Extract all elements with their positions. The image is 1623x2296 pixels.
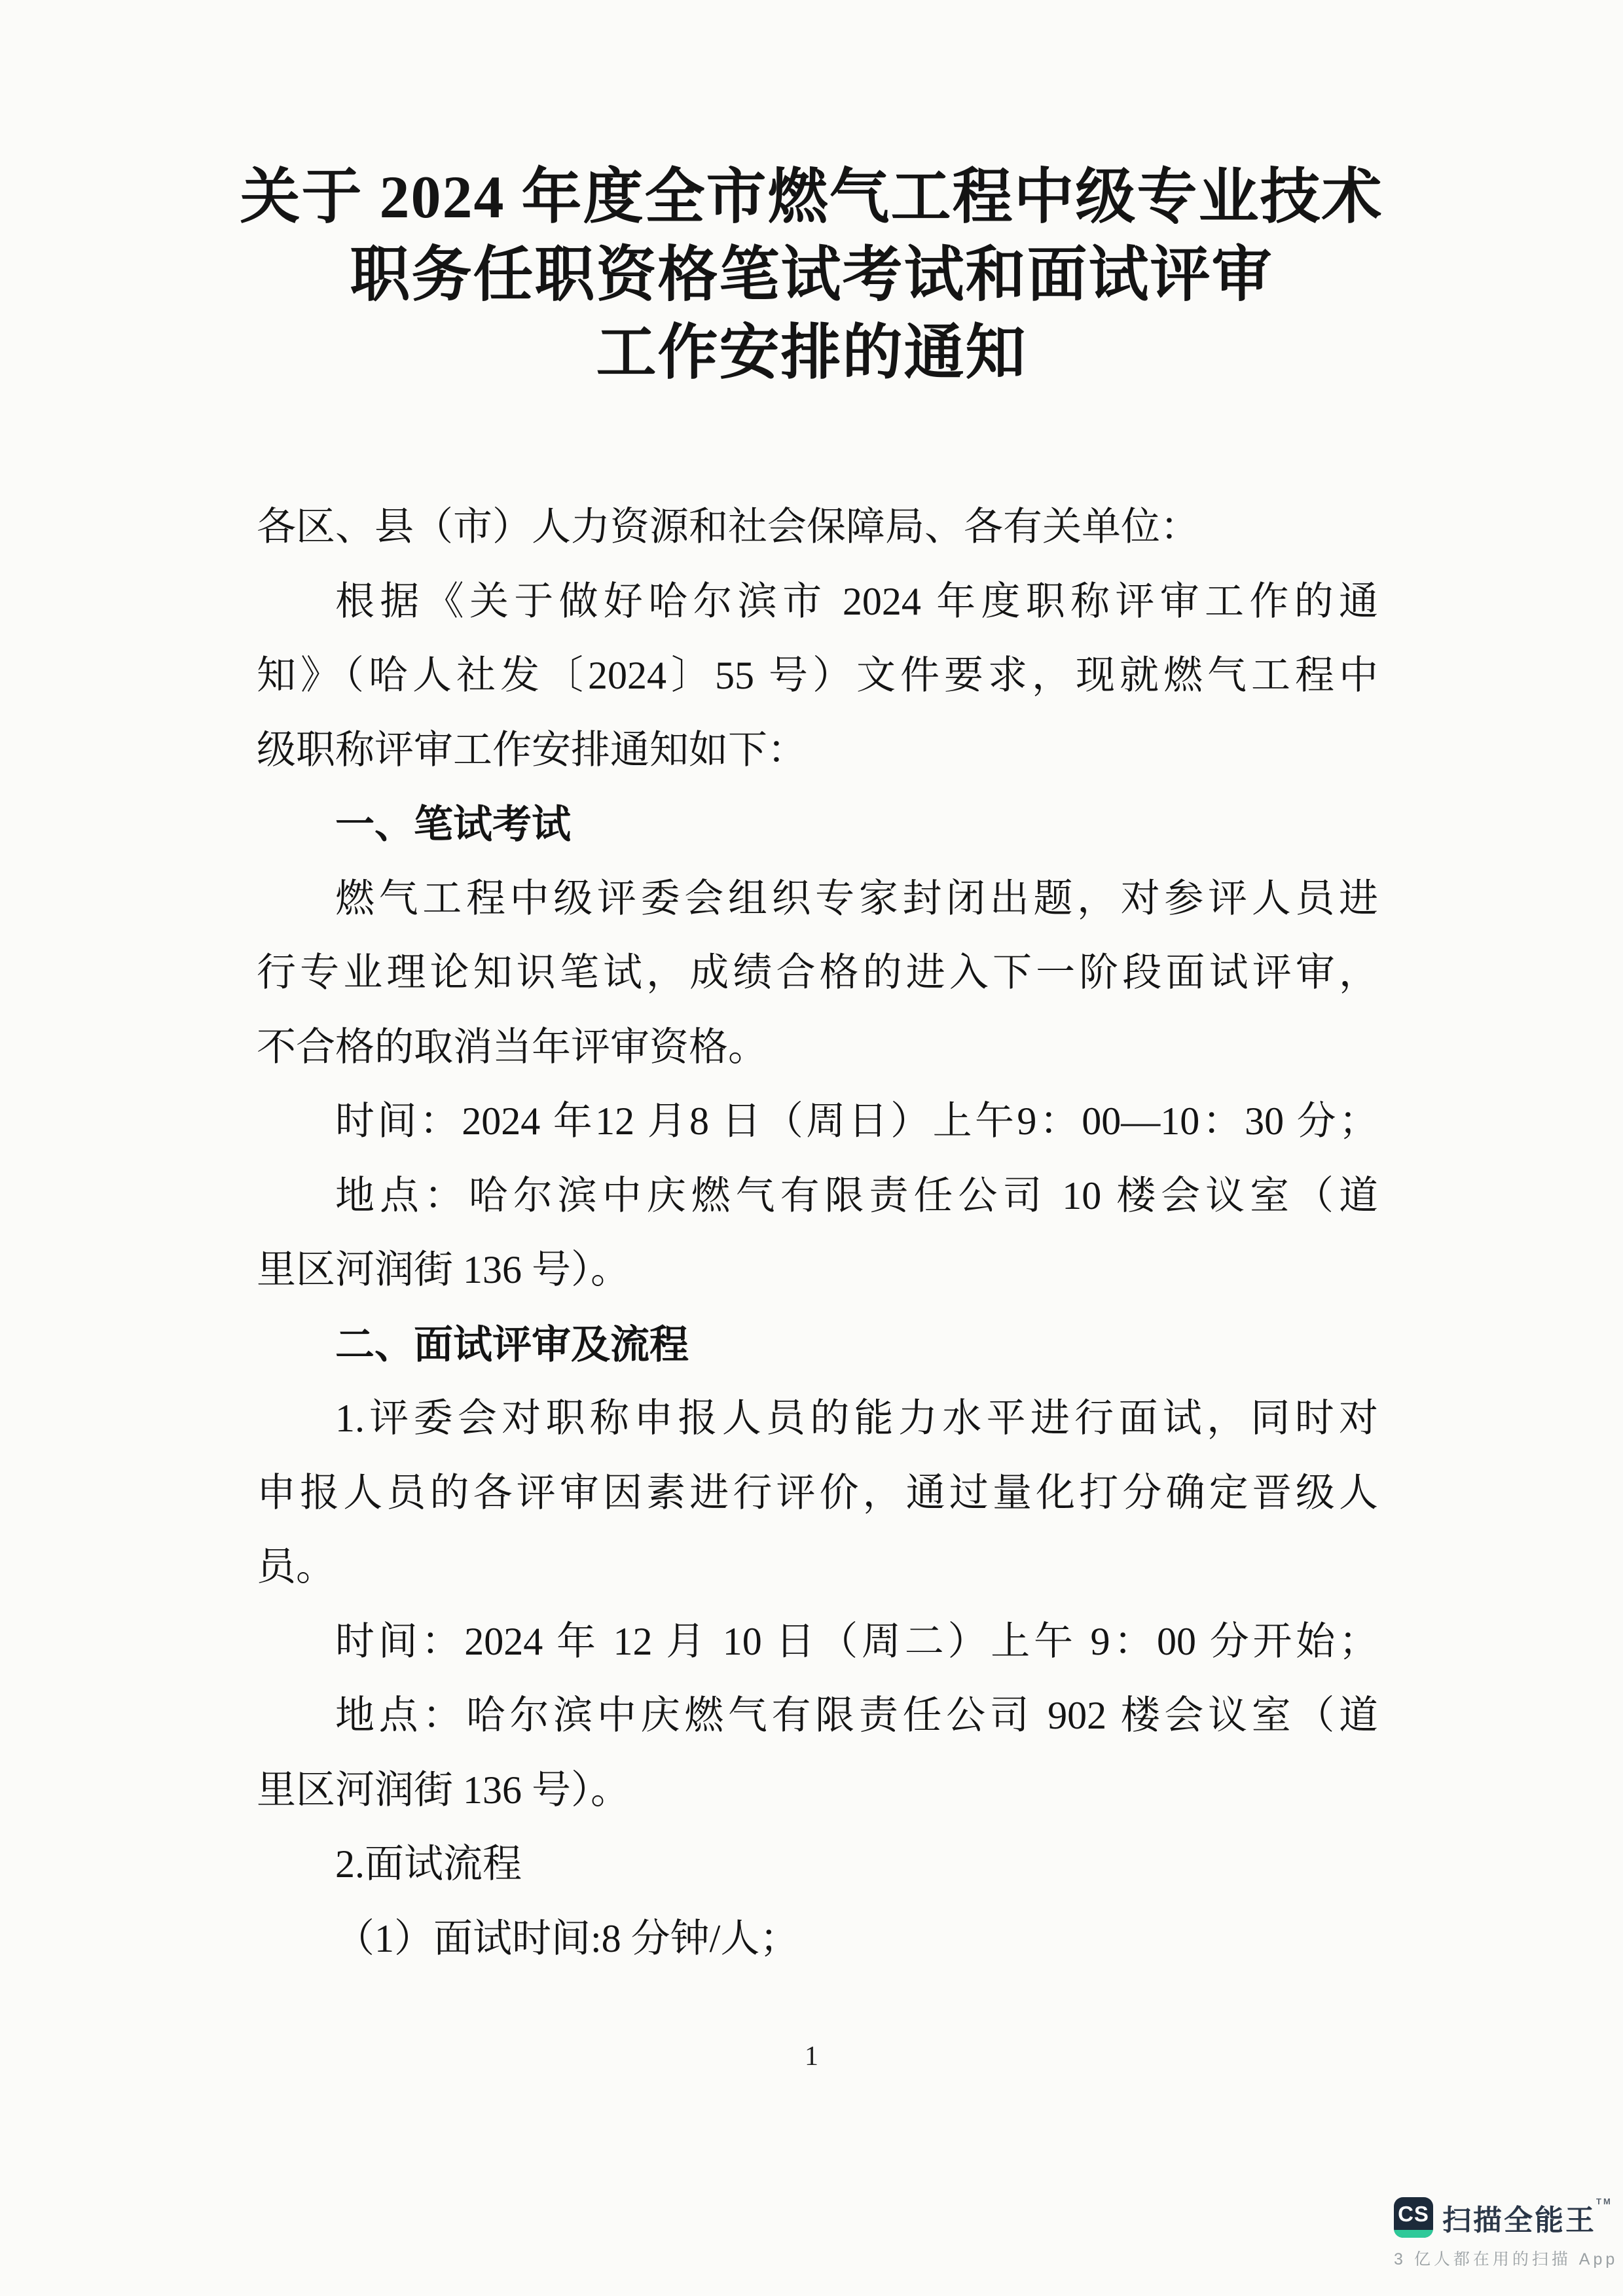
- body-line: 里区河润街 136 号）。: [257, 1753, 1378, 1828]
- section-heading-1: 一、笔试考试: [257, 787, 1378, 862]
- watermark-tagline: 3 亿人都在用的扫描 App: [1394, 2246, 1590, 2270]
- body-line: 不合格的取消当年评审资格。: [257, 1011, 1378, 1085]
- body-line: 知》（哈人社发〔2024〕55 号）文件要求，现就燃气工程中: [257, 639, 1378, 713]
- title-line-1: 关于 2024 年度全市燃气工程中级专业技术: [0, 158, 1623, 236]
- camscanner-logo-icon: CS: [1394, 2197, 1433, 2238]
- logo-green-strip: [1394, 2230, 1433, 2238]
- body-line: 1.评委会对职称申报人员的能力水平进行面试，同时对: [257, 1382, 1378, 1456]
- scanned-document-page: 关于 2024 年度全市燃气工程中级专业技术 职务任职资格笔试考试和面试评审 工…: [0, 0, 1623, 2296]
- exam-location-line: 地点：哈尔滨中庆燃气有限责任公司 10 楼会议室（道: [257, 1159, 1378, 1234]
- camscanner-watermark: CS 扫描全能王TM 3 亿人都在用的扫描 App: [1394, 2197, 1590, 2270]
- body-line: 级职称评审工作安排通知如下：: [257, 713, 1378, 788]
- watermark-brand-name: 扫描全能王TM: [1442, 2197, 1613, 2238]
- salutation-line: 各区、县（市）人力资源和社会保障局、各有关单位：: [257, 490, 1378, 565]
- watermark-logo-row: CS 扫描全能王TM: [1394, 2197, 1590, 2238]
- document-body: 各区、县（市）人力资源和社会保障局、各有关单位： 根据《关于做好哈尔滨市 202…: [0, 490, 1623, 1976]
- body-line: （1）面试时间:8 分钟/人；: [257, 1902, 1378, 1977]
- brand-text: 扫描全能王: [1442, 2204, 1596, 2236]
- document-title: 关于 2024 年度全市燃气工程中级专业技术 职务任职资格笔试考试和面试评审 工…: [0, 0, 1623, 392]
- body-line: 行专业理论知识笔试，成绩合格的进入下一阶段面试评审，: [257, 936, 1378, 1011]
- exam-time-line: 时间：2024 年12 月8 日（周日）上午9：00—10：30 分；: [257, 1085, 1378, 1159]
- body-line: 员。: [257, 1530, 1378, 1605]
- title-line-2: 职务任职资格笔试考试和面试评审: [0, 236, 1623, 314]
- body-line: 申报人员的各评审因素进行评价，通过量化打分确定晋级人: [257, 1456, 1378, 1531]
- interview-location-line: 地点：哈尔滨中庆燃气有限责任公司 902 楼会议室（道: [257, 1679, 1378, 1753]
- trademark-mark: TM: [1596, 2197, 1613, 2206]
- subsection-heading: 2.面试流程: [257, 1827, 1378, 1902]
- interview-time-line: 时间：2024 年 12 月 10 日（周二）上午 9：00 分开始；: [257, 1605, 1378, 1679]
- cs-logo-text: CS: [1398, 2202, 1429, 2227]
- body-line: 根据《关于做好哈尔滨市 2024 年度职称评审工作的通: [257, 565, 1378, 639]
- body-line: 燃气工程中级评委会组织专家封闭出题，对参评人员进: [257, 862, 1378, 937]
- title-line-3: 工作安排的通知: [0, 314, 1623, 392]
- page-number: 1: [0, 2041, 1623, 2072]
- section-heading-2: 二、面试评审及流程: [257, 1308, 1378, 1382]
- body-line: 里区河润街 136 号）。: [257, 1233, 1378, 1308]
